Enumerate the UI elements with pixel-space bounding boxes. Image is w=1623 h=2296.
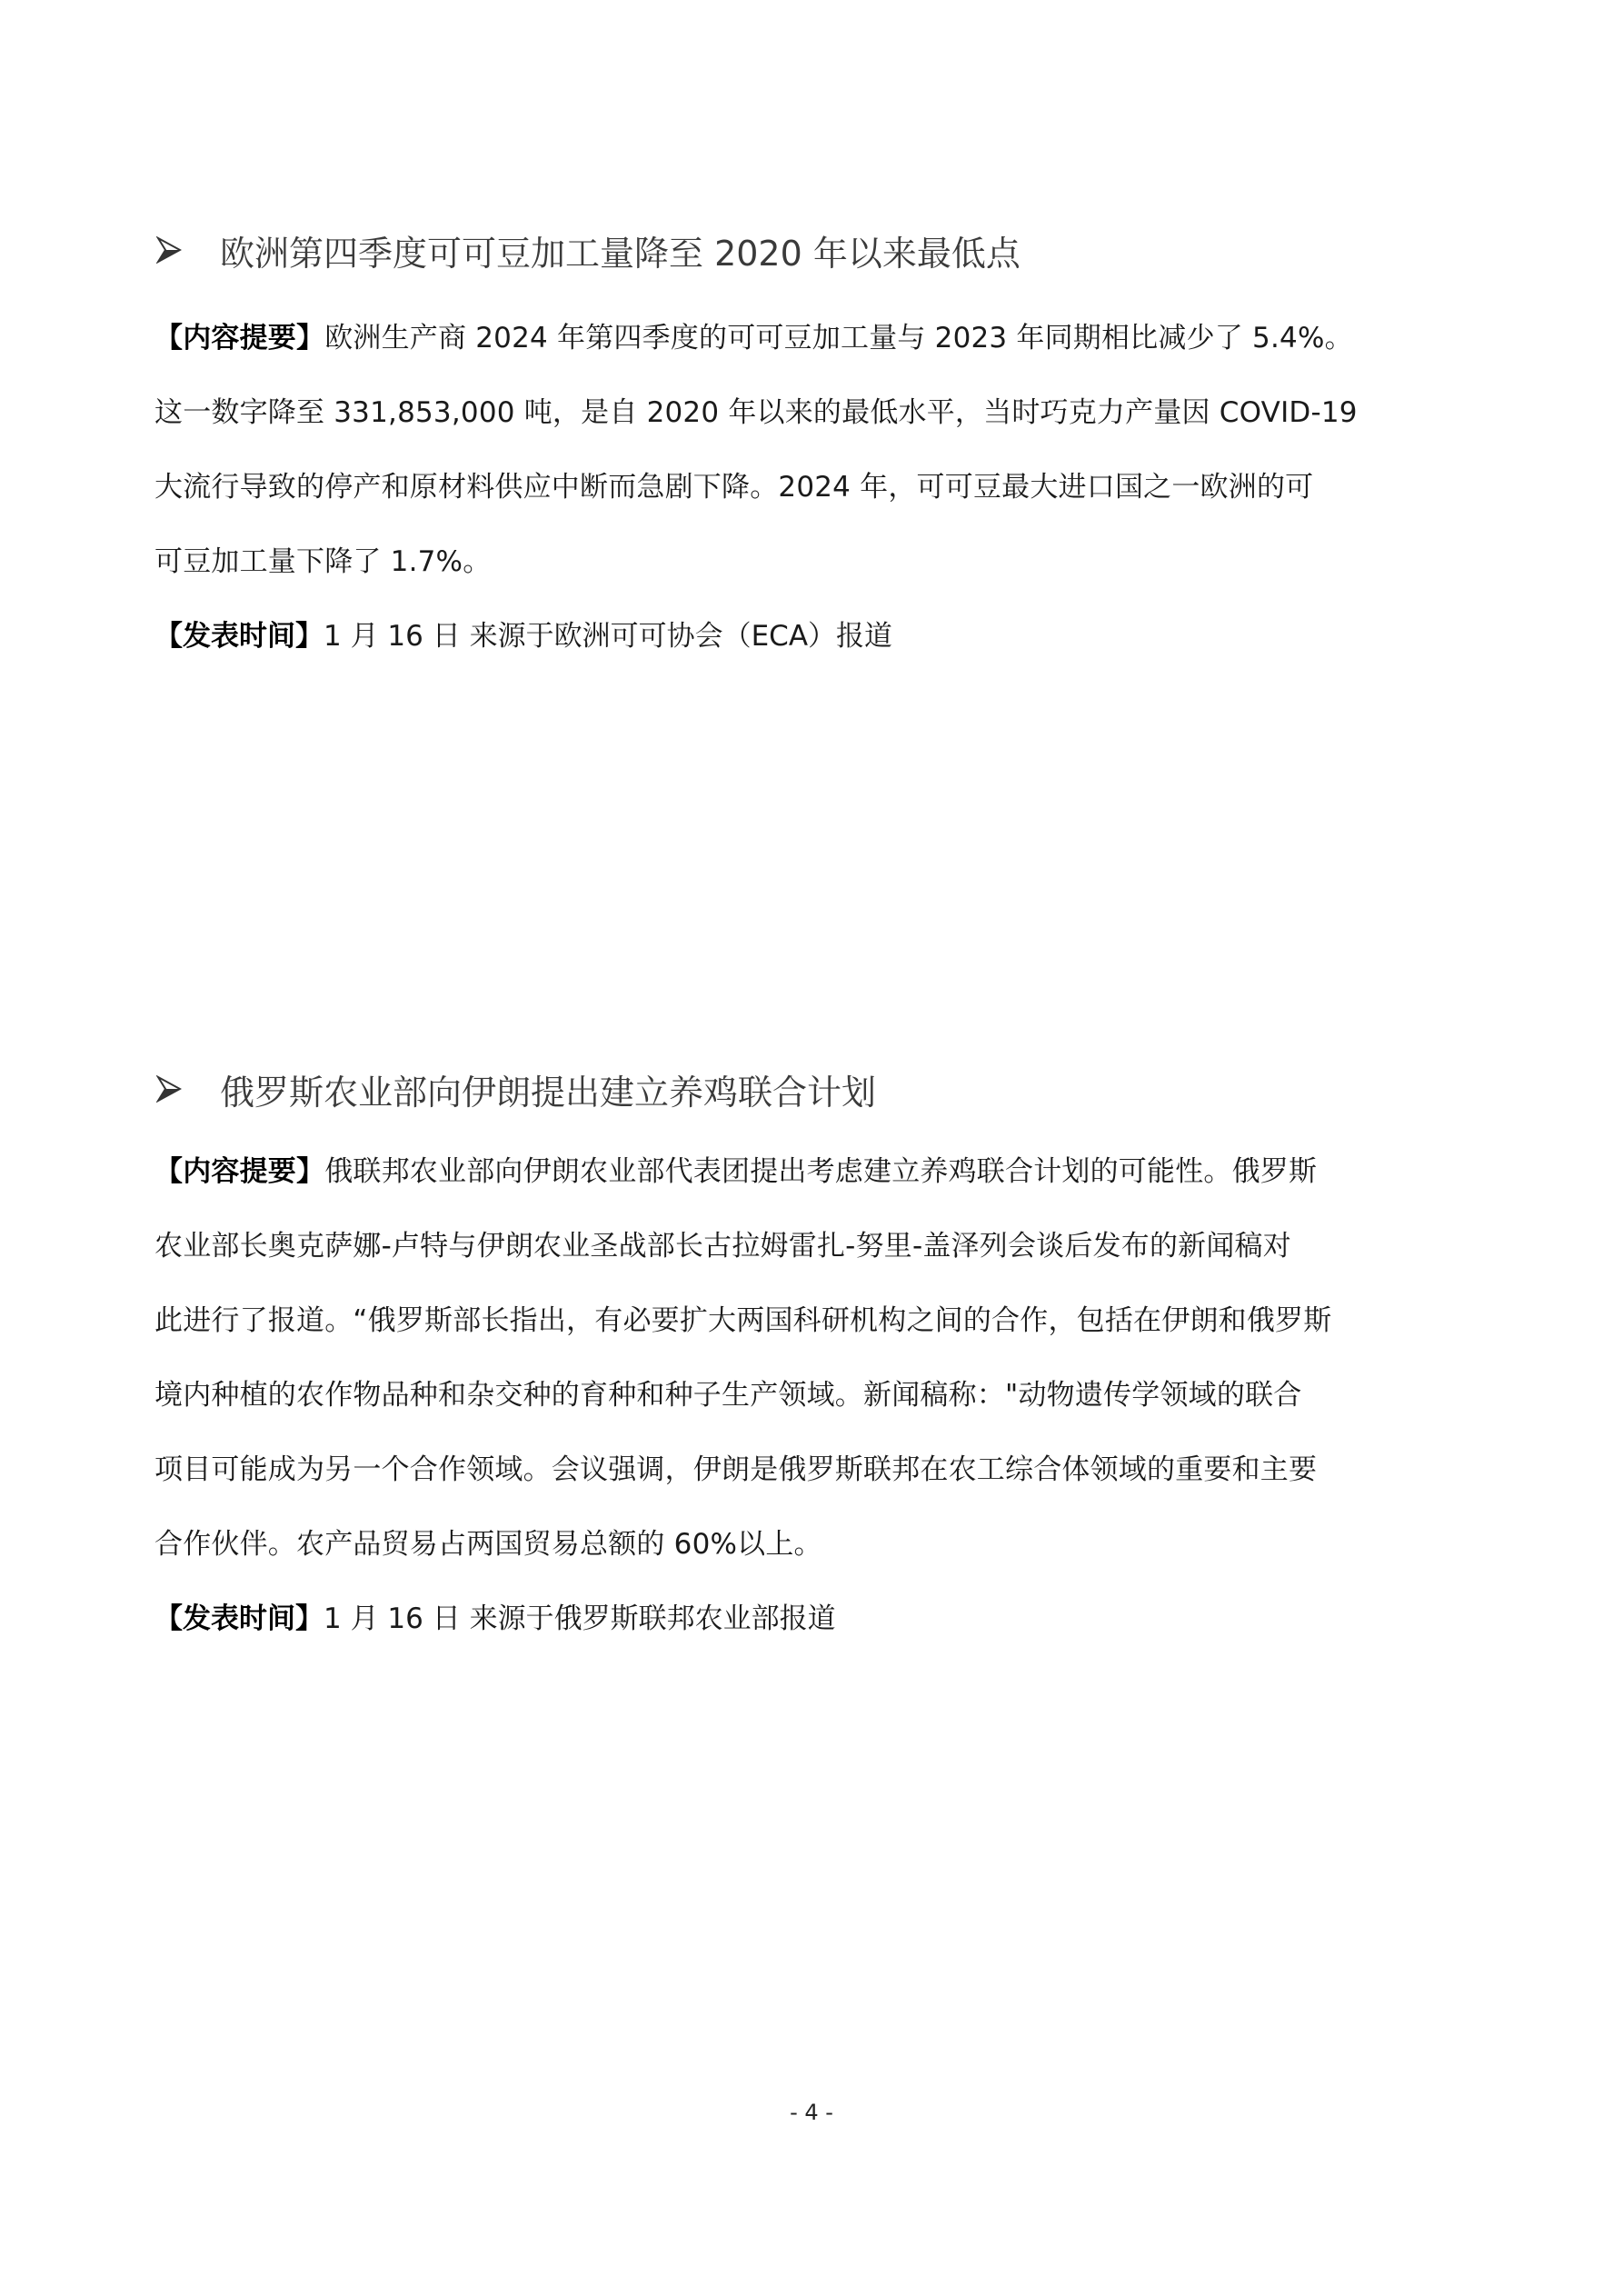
document-page: 欧洲第四季度可可豆加工量降至 2020 年以来最低点 【内容提要】欧洲生产商 2… <box>0 0 1623 2296</box>
article-1: 欧洲第四季度可可豆加工量降至 2020 年以来最低点 【内容提要】欧洲生产商 2… <box>154 223 1499 674</box>
summary-line: 俄联邦农业部向伊朗农业部代表团提出考虑建立养鸡联合计划的可能性。俄罗斯 <box>324 1155 1317 1188</box>
article-title: 欧洲第四季度可可豆加工量降至 2020 年以来最低点 <box>154 223 1499 277</box>
page-number: - 4 - <box>0 2100 1623 2125</box>
summary-line: 大流行导致的停产和原材料供应中断而急剧下降。2024 年，可可豆最大进口国之一欧… <box>154 450 1499 524</box>
summary-line: 欧洲生产商 2024 年第四季度的可可豆加工量与 2023 年同期相比减少了 5… <box>324 322 1353 354</box>
summary-line: 合作伙伴。农产品贸易占两国贸易总额的 60%以上。 <box>154 1507 1499 1582</box>
summary-line: 农业部长奥克萨娜-卢特与伊朗农业圣战部长古拉姆雷扎-努里-盖泽列会谈后发布的新闻… <box>154 1209 1499 1283</box>
publish-text: 1 月 16 日 来源于欧洲可可协会（ECA）报道 <box>324 620 892 653</box>
article-2: 俄罗斯农业部向伊朗提出建立养鸡联合计划 【内容提要】俄联邦农业部向伊朗农业部代表… <box>154 1062 1499 1656</box>
arrow-bullet-icon <box>156 1075 182 1103</box>
publish-text: 1 月 16 日 来源于俄罗斯联邦农业部报道 <box>324 1602 836 1635</box>
article-summary: 【内容提要】欧洲生产商 2024 年第四季度的可可豆加工量与 2023 年同期相… <box>154 301 1499 599</box>
article-publish-info: 【发表时间】1 月 16 日 来源于俄罗斯联邦农业部报道 <box>154 1582 1499 1656</box>
article-title-text: 欧洲第四季度可可豆加工量降至 2020 年以来最低点 <box>220 225 1021 275</box>
summary-line: 这一数字降至 331,853,000 吨，是自 2020 年以来的最低水平，当时… <box>154 375 1499 450</box>
summary-line: 可豆加工量下降了 1.7%。 <box>154 524 1499 599</box>
article-summary: 【内容提要】俄联邦农业部向伊朗农业部代表团提出考虑建立养鸡联合计划的可能性。俄罗… <box>154 1134 1499 1582</box>
publish-label: 【发表时间】 <box>154 1602 324 1635</box>
article-publish-info: 【发表时间】1 月 16 日 来源于欧洲可可协会（ECA）报道 <box>154 599 1499 674</box>
article-title: 俄罗斯农业部向伊朗提出建立养鸡联合计划 <box>154 1062 1499 1116</box>
arrow-bullet-icon <box>156 236 182 264</box>
summary-line: 境内种植的农作物品种和杂交种的育种和种子生产领域。新闻稿称："动物遗传学领域的联… <box>154 1358 1499 1433</box>
summary-line: 项目可能成为另一个合作领域。会议强调，伊朗是俄罗斯联邦在农工综合体领域的重要和主… <box>154 1433 1499 1507</box>
summary-line: 此进行了报道。“俄罗斯部长指出，有必要扩大两国科研机构之间的合作，包括在伊朗和俄… <box>154 1283 1499 1358</box>
article-title-text: 俄罗斯农业部向伊朗提出建立养鸡联合计划 <box>220 1064 876 1114</box>
summary-label: 【内容提要】 <box>154 322 324 354</box>
publish-label: 【发表时间】 <box>154 620 324 653</box>
summary-label: 【内容提要】 <box>154 1155 324 1188</box>
